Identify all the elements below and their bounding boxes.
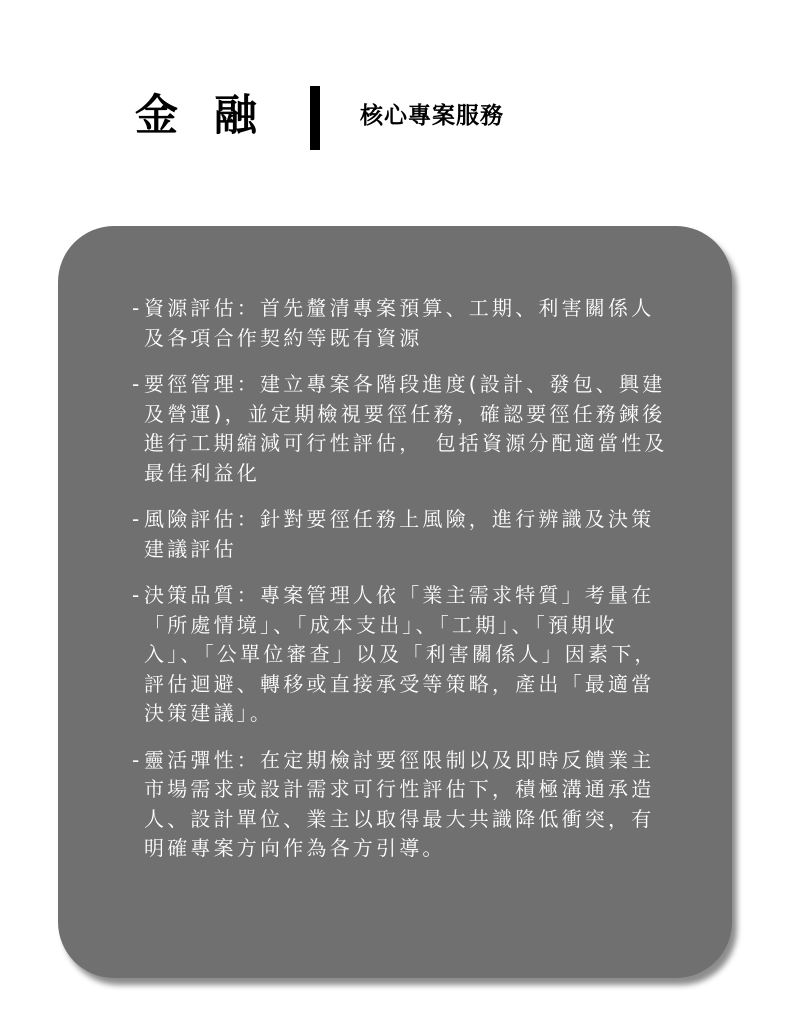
item-text: 風險評估：針對要徑任務上風險，進行辨識及決策建議評估 <box>144 507 654 561</box>
bullet-dash: - <box>132 294 144 324</box>
list-item-critical-path-management: -要徑管理：建立專案各階段進度(設計、發包、興建及營運)，並定期檢視要徑任務，確… <box>132 370 672 488</box>
item-text: 要徑管理：建立專案各階段進度(設計、發包、興建及營運)，並定期檢視要徑任務，確認… <box>144 372 668 485</box>
page-header: 金融 核心專案服務 <box>0 0 788 200</box>
title-divider <box>310 86 320 150</box>
services-list: -資源評估：首先釐清專案預算、工期、利害關係人及各項合作契約等既有資源 -要徑管… <box>132 294 672 881</box>
item-text: 決策品質：專案管理人依「業主需求特質」考量在「所處情境」、「成本支出」、「工期」… <box>144 583 658 725</box>
item-text: 資源評估：首先釐清專案預算、工期、利害關係人及各項合作契約等既有資源 <box>144 296 654 350</box>
list-item-flexibility: -靈活彈性：在定期檢討要徑限制以及即時反饋業主市場需求或設計需求可行性評估下，積… <box>132 746 672 864</box>
list-item-resource-assessment: -資源評估：首先釐清專案預算、工期、利害關係人及各項合作契約等既有資源 <box>132 294 672 353</box>
page-subtitle: 核心專案服務 <box>360 100 504 132</box>
list-item-risk-assessment: -風險評估：針對要徑任務上風險，進行辨識及決策建議評估 <box>132 505 672 564</box>
bullet-dash: - <box>132 505 144 535</box>
services-card: -資源評估：首先釐清專案預算、工期、利害關係人及各項合作契約等既有資源 -要徑管… <box>58 226 732 978</box>
list-item-decision-quality: -決策品質：專案管理人依「業主需求特質」考量在「所處情境」、「成本支出」、「工期… <box>132 581 672 729</box>
page-title: 金融 <box>135 88 293 144</box>
bullet-dash: - <box>132 370 144 400</box>
bullet-dash: - <box>132 746 144 776</box>
bullet-dash: - <box>132 581 144 611</box>
item-text: 靈活彈性：在定期檢討要徑限制以及即時反饋業主市場需求或設計需求可行性評估下，積極… <box>144 748 654 861</box>
